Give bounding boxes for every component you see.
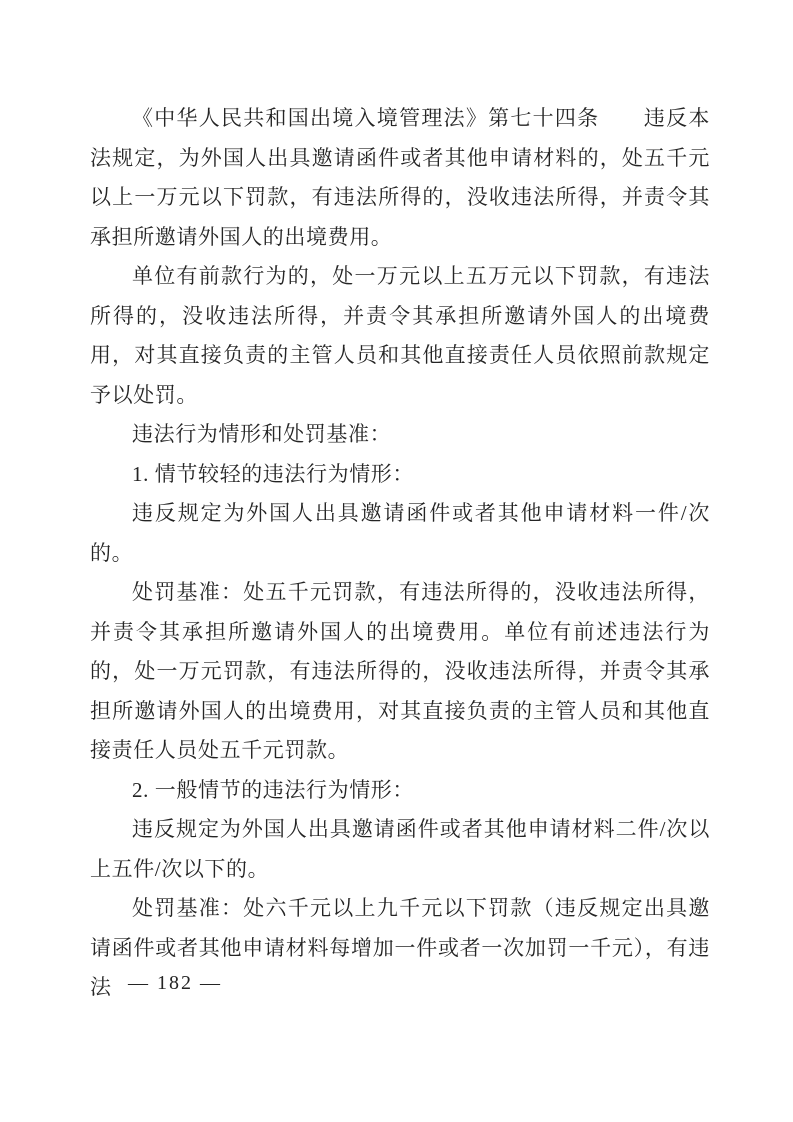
page-number: — 182 —	[128, 969, 222, 997]
paragraph-law-article-74: 《中华人民共和国出境入境管理法》第七十四条 违反本法规定，为外国人出具邀请函件或…	[90, 99, 710, 257]
paragraph-standards-heading: 违法行为情形和处罚基准：	[90, 415, 710, 455]
paragraph-general-circumstance-detail: 违反规定为外国人出具邀请函件或者其他申请材料二件/次以上五件/次以下的。	[90, 810, 710, 889]
paragraph-minor-circumstance-detail: 违反规定为外国人出具邀请函件或者其他申请材料一件/次的。	[90, 494, 710, 573]
document-body: 《中华人民共和国出境入境管理法》第七十四条 违反本法规定，为外国人出具邀请函件或…	[90, 99, 710, 1008]
paragraph-minor-circumstance-heading: 1. 情节较轻的违法行为情形：	[90, 455, 710, 495]
document-page: 《中华人民共和国出境入境管理法》第七十四条 违反本法规定，为外国人出具邀请函件或…	[0, 0, 793, 1122]
paragraph-general-circumstance-heading: 2. 一般情节的违法行为情形：	[90, 771, 710, 811]
paragraph-minor-penalty-standard: 处罚基准：处五千元罚款，有违法所得的，没收违法所得，并责令其承担所邀请外国人的出…	[90, 573, 710, 771]
paragraph-unit-violation: 单位有前款行为的，处一万元以上五万元以下罚款，有违法所得的，没收违法所得，并责令…	[90, 257, 710, 415]
